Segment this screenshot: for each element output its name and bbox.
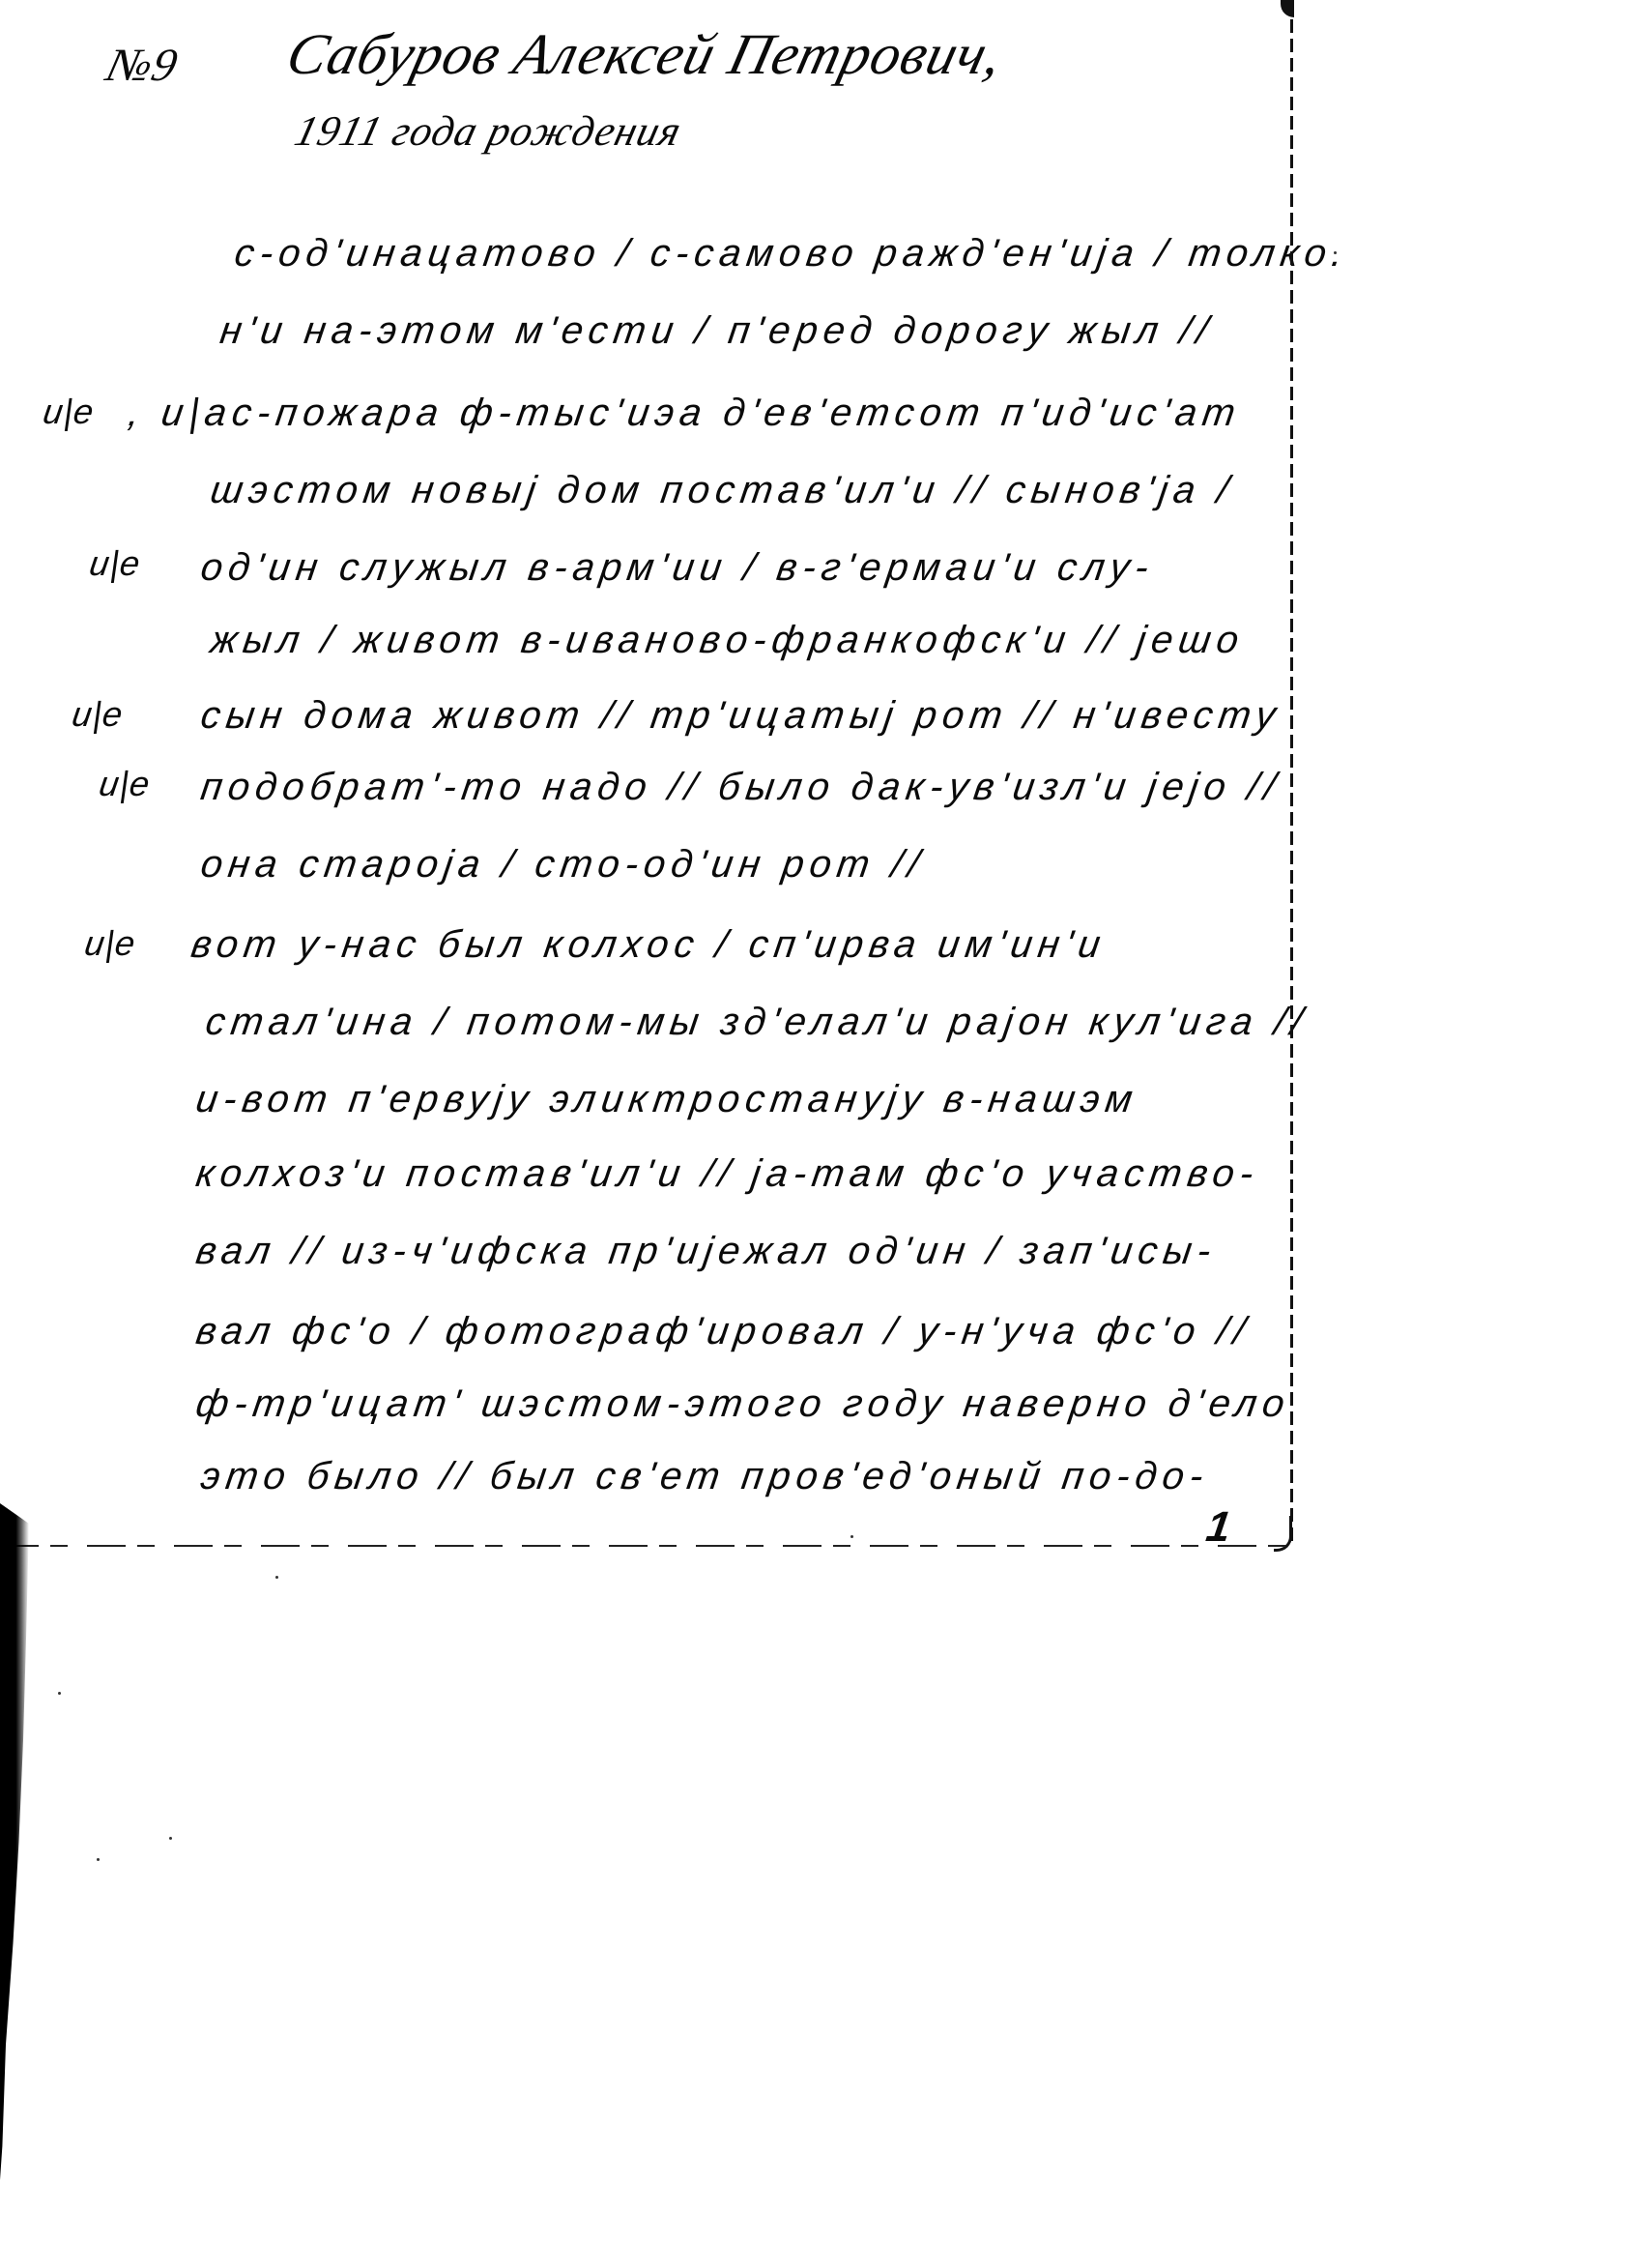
transcript-line-14: вал // из-ч'ифска пр'ијежал од'ин / зап'…	[193, 1230, 1220, 1273]
scan-speck	[169, 1837, 172, 1840]
transcript-line-15: вал фс'о / фотограф'ировал / у-н'уча фс'…	[193, 1310, 1254, 1353]
transcript-line-1: с-од'инацатово / с-самово ражд'ен'ија / …	[232, 232, 1351, 276]
margin-note: и|е	[41, 392, 97, 432]
transcript-line-4: шэстом новыј дом постав'ил'и // сынов'ја…	[208, 469, 1237, 512]
transcript-line-12: и-вот п'ервују эликтростанују в-нашэм	[193, 1078, 1140, 1121]
margin-note: и|е	[70, 694, 126, 735]
transcript-line-9: она староја / сто-од'ин рот //	[198, 843, 928, 887]
transcript-line-16: ф-тр'ицат' шэстом-этого году наверно д'е…	[193, 1382, 1293, 1426]
transcript-line-17: это было // был св'ет пров'ед'оный по-до…	[198, 1455, 1212, 1498]
scan-speck	[58, 1692, 61, 1695]
margin-note: и|е	[82, 923, 138, 964]
speaker-name: Сабуров Алексей Петрович,	[280, 21, 1010, 88]
transcript-line-8: подобрат'-то надо // было дак-ув'изл'и ј…	[198, 766, 1284, 809]
transcript-line-6: жыл / живот в-ивановo-франкофск'и // јеш…	[208, 619, 1247, 662]
margin-note: и|е	[97, 764, 153, 804]
scanned-document-page: №9 Сабуров Алексей Петрович, 1911 года р…	[0, 0, 1643, 2268]
transcript-line-10: вот у-нас был колхос / сп'ирва им'ин'и	[188, 923, 1109, 967]
transcript-line-11: стал'ина / потом-мы зд'елал'и рајон кул'…	[203, 1001, 1311, 1044]
birth-year: 1911 года рождения	[290, 106, 687, 156]
transcript-line-7: сын дома живот // тр'ицатыј рот // н'иве…	[198, 694, 1284, 738]
scan-edge-shadow	[0, 1503, 29, 2180]
scan-speck	[850, 1535, 853, 1538]
transcript-line-13: колхоз'и постав'ил'и // ја-там фс'о учас…	[193, 1152, 1261, 1196]
transcript-line-5: од'ин служыл в-арм'ии / в-г'ермаи'и слу-	[198, 546, 1157, 590]
page-bottom-border	[0, 1545, 1295, 1547]
scan-speck	[275, 1576, 278, 1579]
margin-note: и|е	[87, 543, 143, 584]
scan-speck	[97, 1858, 100, 1861]
record-number: №9	[101, 39, 184, 92]
transcript-line-2: н'и на-этом м'ести / п'еред дорогу жыл /…	[217, 309, 1217, 353]
page-right-border	[1290, 0, 1293, 1547]
transcript-line-3: , и|ас-пожара ф-тыс'иэа д'ев'етсот п'ид'…	[126, 392, 1244, 435]
scan-speck	[1334, 251, 1337, 254]
